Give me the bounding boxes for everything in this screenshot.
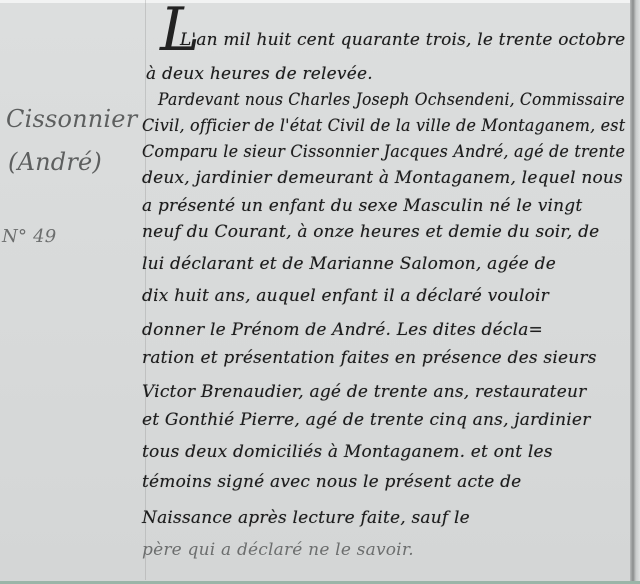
record-line-3: Pardevant nous Charles Joseph Ochsendeni… [158,90,625,110]
scanned-document-page: L Cissonnier (André) N° 49 L'an mil huit… [0,0,640,584]
record-line-16: témoins signé avec nous le présent acte … [142,472,521,492]
margin-surname: Cissonnier [6,105,137,133]
record-line-8: neuf du Courant, à onze heures et demie … [142,222,599,242]
record-line-13: Victor Brenaudier, agé de trente ans, re… [142,382,586,402]
record-line-7: a présenté un enfant du sexe Masculin né… [142,196,582,216]
record-line-11: donner le Prénom de André. Les dites déc… [142,320,543,340]
record-line-5: Comparu le sieur Cissonnier Jacques Andr… [142,142,625,162]
page-top-edge [0,0,640,3]
record-line-10: dix huit ans, auquel enfant il a déclaré… [142,286,549,306]
record-line-18: père qui a déclaré ne le savoir. [142,540,414,560]
record-line-12: ration et présentation faites en présenc… [142,348,597,368]
record-line-9: lui déclarant et de Marianne Salomon, ag… [142,254,556,274]
record-line-15: tous deux domiciliés à Montaganem. et on… [142,442,553,462]
margin-given-name: (André) [8,148,102,176]
record-line-14: et Gonthié Pierre, agé de trente cinq an… [142,410,591,430]
margin-record-number: N° 49 [2,226,56,247]
record-line-6: deux, jardinier demeurant à Montaganem, … [142,168,623,188]
record-line-1: L'an mil huit cent quarante trois, le tr… [180,30,625,50]
page-binding-edge [630,0,640,584]
record-line-2: à deux heures de relevée. [146,64,373,84]
record-line-4: Civil, officier de l'état Civil de la vi… [142,116,625,136]
record-line-17: Naissance après lecture faite, sauf le [142,508,470,528]
